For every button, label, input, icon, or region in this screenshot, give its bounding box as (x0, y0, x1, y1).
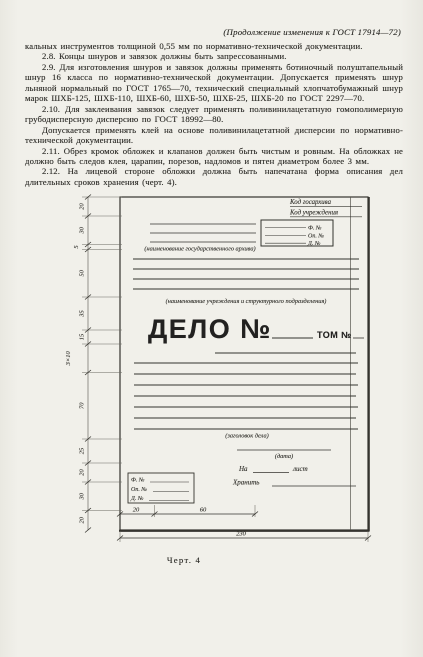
cipher-top-opis: Оп. № (308, 234, 324, 240)
cipher-top-fond: Ф. № (308, 226, 322, 232)
caption-archive-name: (наименование государственного архива) (144, 246, 255, 253)
delo-number-label: ДЕЛО № (148, 314, 272, 344)
figure-drawing: Код госархива Код учреждения Ф. № Оп. № … (0, 187, 423, 547)
label-kod-uchrezhdeniya: Код учреждения (289, 210, 338, 217)
dim-left-8: 25 (79, 447, 86, 454)
dim-left-2: 5 (73, 245, 80, 249)
paragraph-2-10: 2.10. Для заклеивания завязок следует пр… (25, 104, 403, 125)
dim-left-1: 30 (79, 227, 86, 235)
paragraph-2-8: 2.8. Концы шнуров и завязок должны быть … (25, 51, 403, 61)
caption-institution-name: (наименование учреждения и структурного … (166, 298, 327, 305)
paragraph-continuation: кальных инструментов толщиной 0,55 мм по… (25, 41, 403, 51)
dim-left-11: 20 (79, 517, 86, 524)
body-text: кальных инструментов толщиной 0,55 мм по… (25, 41, 403, 187)
dim-left-0: 20 (79, 203, 86, 210)
dim-left-7: 70 (79, 402, 86, 409)
dim-left-3: 50 (79, 270, 86, 277)
dim-left-5: 15 (79, 333, 86, 340)
cipher-bottom-delo: Д. № (130, 496, 144, 502)
dim-box-w2: 60 (200, 507, 207, 514)
caption-date: (дата) (275, 453, 293, 460)
cipher-top-delo: Д. № (307, 241, 321, 247)
tom-number-label: ТОМ № (317, 330, 352, 340)
page-header: (Продолжение изменения к ГОСТ 17914—72) (25, 0, 401, 37)
dim-total-width: 230 (236, 531, 247, 538)
list-label: лист (292, 465, 308, 473)
cipher-bottom-fond: Ф. № (131, 478, 145, 484)
dim-left-6: 3×10 (65, 351, 72, 367)
caption-case-title: (заголовок дела) (225, 433, 268, 440)
na-label: На (238, 465, 248, 473)
dim-left-4: 35 (79, 310, 86, 318)
khranit-label: Хранить (232, 479, 260, 487)
label-kod-gosarkhiva: Код госархива (289, 199, 332, 206)
paragraph-2-9: 2.9. Для изготовления шнуров и завязок д… (25, 62, 403, 104)
paragraph-2-10-note: Допускается применять клей на основе пол… (25, 125, 403, 146)
dim-left-9: 20 (79, 469, 86, 476)
dim-box-w1: 20 (133, 507, 140, 514)
cipher-bottom-opis: Оп. № (131, 487, 147, 493)
figure-caption: Черт. 4 (0, 555, 368, 565)
dim-left-10: 30 (79, 493, 86, 501)
paragraph-2-11: 2.11. Обрез кромок обложек и клапанов до… (25, 146, 403, 167)
scanned-page: (Продолжение изменения к ГОСТ 17914—72) … (0, 0, 423, 657)
paragraph-2-12: 2.12. На лицевой стороне обложки должна … (25, 166, 403, 187)
